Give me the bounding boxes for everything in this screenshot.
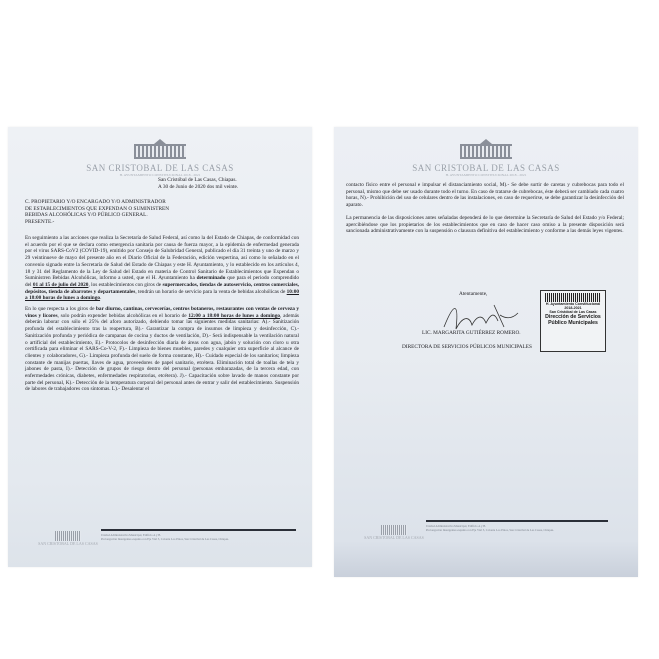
paragraph-1: En seguimiento a las acciones que realiz… xyxy=(25,235,299,302)
footer-rule xyxy=(101,529,296,531)
paragraph-continuation: contacto físico entre el personal e impu… xyxy=(346,182,624,209)
footer-address: Unidad Administrativa Municipal, Edifici… xyxy=(426,524,616,532)
building-icon xyxy=(130,139,190,161)
building-icon xyxy=(545,293,601,302)
recipient-line: PRESENTE.- xyxy=(25,219,305,226)
stamp-line: Público Municipales xyxy=(541,320,605,326)
recipient-line: C. PROPIETARIO Y/O ENCARGADO Y/O ADMINIS… xyxy=(25,199,305,206)
footer-line: Prolongación Insurgentes esquina con Eje… xyxy=(101,537,301,541)
recipient-line: BEBIDAS ALCOHÓLICAS Y/O PÚBLICO GENERAL. xyxy=(25,212,305,219)
date-line: A 30 de Junio de 2020 dos mil veinte. xyxy=(158,184,278,191)
document-page-1: SAN CRISTOBAL DE LAS CASAS H. AYUNTAMIEN… xyxy=(8,127,312,567)
footer-address: Unidad Administrativa Municipal, Edifici… xyxy=(101,533,301,541)
place-line: San Cristóbal de Las Casas, Chiapas. xyxy=(158,177,278,184)
building-icon xyxy=(381,525,407,535)
paragraph-permanence: La permanencia de las disposiciones ante… xyxy=(346,215,624,235)
document-page-2: SAN CRISTOBAL DE LAS CASAS H. AYUNTAMIEN… xyxy=(334,127,638,577)
footer-rule xyxy=(426,520,608,522)
letterhead-logo: SAN CRISTOBAL DE LAS CASAS H. AYUNTAMIEN… xyxy=(8,139,312,177)
building-icon xyxy=(456,139,516,161)
letterhead-name: SAN CRISTOBAL DE LAS CASAS xyxy=(334,163,638,173)
official-stamp: H. Ayuntamiento Constitucional 2018-2021… xyxy=(540,290,606,352)
letterhead-subtitle: H. AYUNTAMIENTO CONSTITUCIONAL 2018 - 20… xyxy=(334,173,638,177)
recipient-block: C. PROPIETARIO Y/O ENCARGADO Y/O ADMINIS… xyxy=(25,199,305,226)
letterhead-name: SAN CRISTOBAL DE LAS CASAS xyxy=(8,163,312,173)
footer-logo: SAN CRISTOBAL DE LAS CASAS xyxy=(38,531,98,546)
letterhead-logo: SAN CRISTOBAL DE LAS CASAS H. AYUNTAMIEN… xyxy=(334,139,638,177)
footer-logo: SAN CRISTOBAL DE LAS CASAS xyxy=(364,525,424,540)
footer-line: Prolongación Insurgentes esquina con Eje… xyxy=(426,528,616,532)
place-date: San Cristóbal de Las Casas, Chiapas. A 3… xyxy=(158,177,278,190)
footer-logo-name: SAN CRISTOBAL DE LAS CASAS xyxy=(364,535,424,540)
paragraph-2: En lo que respecta a los giros de bar di… xyxy=(25,306,299,393)
footer-logo-name: SAN CRISTOBAL DE LAS CASAS xyxy=(38,541,98,546)
body-text-page2: contacto físico entre el personal e impu… xyxy=(346,182,624,239)
building-icon xyxy=(55,531,81,541)
body-text-page1: En seguimiento a las acciones que realiz… xyxy=(25,235,299,397)
